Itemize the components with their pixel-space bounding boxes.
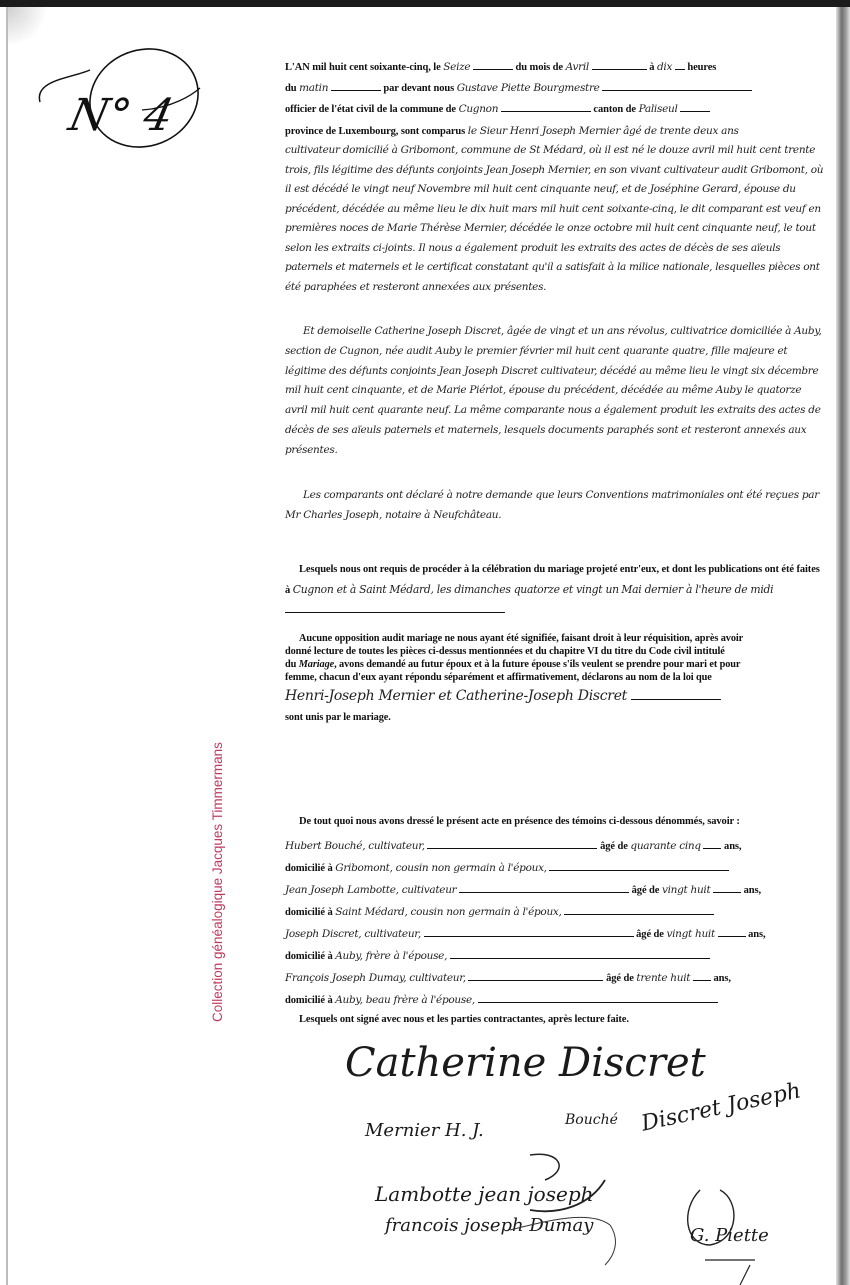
printed-text: du mois de bbox=[516, 62, 563, 73]
printed-text: domicilié à bbox=[285, 907, 333, 918]
witness-domicile-row: domicilié à Saint Médard, cousin non ger… bbox=[285, 905, 714, 920]
handwritten-hour: dix bbox=[657, 61, 672, 73]
witness-domicile: Gribomont, cousin non germain à l'époux, bbox=[335, 862, 547, 874]
handwritten-publication-date: Mai dernier à l'heure de midi bbox=[621, 583, 773, 596]
printed-text: par devant nous bbox=[383, 83, 454, 94]
printed-text: Mariage bbox=[299, 659, 334, 670]
handwritten-time: matin bbox=[299, 82, 328, 94]
witness-domicile-row: domicilié à Gribomont, cousin non germai… bbox=[285, 861, 729, 876]
header-line-4: province de Luxembourg, sont comparus le… bbox=[285, 124, 739, 139]
handwritten-officer: Gustave Piette Bourgmestre bbox=[457, 82, 600, 94]
witness-row: François Joseph Dumay, cultivateur, âgé … bbox=[285, 971, 731, 986]
printed-text: ans, bbox=[724, 841, 741, 852]
declaration-block: Aucune opposition audit mariage ne nous … bbox=[285, 632, 825, 724]
printed-text: province de Luxembourg, sont comparus bbox=[285, 126, 465, 137]
handwritten-publication-places: Cugnon et à Saint Médard, les dimanches … bbox=[293, 583, 619, 596]
act-number: N° 4 bbox=[65, 90, 178, 141]
witness-name: François Joseph Dumay, cultivateur, bbox=[285, 972, 466, 984]
viewer-top-bar bbox=[0, 0, 850, 7]
printed-text: sont unis par le mariage. bbox=[285, 711, 825, 724]
printed-text: canton de bbox=[593, 104, 636, 115]
witness-age: vingt huit bbox=[666, 928, 714, 940]
printed-text: ans, bbox=[748, 929, 765, 940]
printed-text: âgé de bbox=[606, 973, 634, 984]
printed-text: âgé de bbox=[636, 929, 664, 940]
witness-domicile: Saint Médard, cousin non germain à l'épo… bbox=[335, 906, 561, 918]
handwritten-spouses-names: Henri-Joseph Mernier et Catherine-Joseph… bbox=[285, 688, 627, 704]
witness-name: Hubert Bouché, cultivateur, bbox=[285, 840, 425, 852]
witness-name: Jean Joseph Lambotte, cultivateur bbox=[285, 884, 456, 896]
witness-row: Hubert Bouché, cultivateur, âgé de quara… bbox=[285, 839, 741, 854]
printed-text: ans, bbox=[713, 973, 730, 984]
printed-text: domicilié à bbox=[285, 951, 333, 962]
header-line-2: du matin par devant nous Gustave Piette … bbox=[285, 81, 752, 96]
printed-text: du bbox=[285, 83, 296, 94]
printed-text: , avons demandé au futur époux et à la f… bbox=[334, 659, 740, 670]
handwritten-groom-intro: le Sieur Henri Joseph Mernier âgé de tre… bbox=[468, 125, 739, 137]
bride-paragraph: Et demoiselle Catherine Joseph Discret, … bbox=[285, 322, 825, 461]
witness-name: Joseph Discret, cultivateur, bbox=[285, 928, 421, 940]
handwritten-commune: Cugnon bbox=[459, 103, 499, 115]
page-binding-edge bbox=[836, 7, 850, 1285]
signature-flourishes-icon bbox=[300, 1030, 820, 1285]
witness-age: vingt huit bbox=[662, 884, 710, 896]
printed-text: Aucune opposition audit mariage ne nous … bbox=[285, 632, 825, 645]
page-left-edge bbox=[6, 7, 8, 1285]
printed-text: âgé de bbox=[600, 841, 628, 852]
witnesses-intro: De tout quoi nous avons dressé le présen… bbox=[285, 815, 740, 829]
printed-text: à bbox=[649, 62, 654, 73]
contract-paragraph: Les comparants ont déclaré à notre deman… bbox=[285, 486, 825, 525]
publications-block: Lesquels nous ont requis de procéder à l… bbox=[285, 560, 825, 621]
handwritten-canton: Paliseul bbox=[639, 103, 678, 115]
groom-paragraph: cultivateur domicilié à Gribomont, commu… bbox=[285, 141, 825, 297]
printed-text: domicilié à bbox=[285, 995, 333, 1006]
handwritten-day: Seize bbox=[443, 61, 470, 73]
printed-text: officier de l'état civil de la commune d… bbox=[285, 104, 456, 115]
witness-row: Jean Joseph Lambotte, cultivateur âgé de… bbox=[285, 883, 761, 898]
witness-domicile-row: domicilié à Auby, beau frère à l'épouse, bbox=[285, 993, 718, 1008]
witness-row: Joseph Discret, cultivateur, âgé de ving… bbox=[285, 927, 766, 942]
printed-text: femme, chacun d'eux ayant répondu séparé… bbox=[285, 671, 825, 684]
act-number-stamp: N° 4 bbox=[32, 40, 202, 155]
printed-text: heures bbox=[687, 62, 716, 73]
witness-domicile-row: domicilié à Auby, frère à l'épouse, bbox=[285, 949, 710, 964]
handwritten-month: Avril bbox=[566, 61, 589, 73]
printed-text: du bbox=[285, 659, 296, 670]
printed-text: âgé de bbox=[632, 885, 660, 896]
witness-domicile: Auby, frère à l'épouse, bbox=[335, 950, 447, 962]
printed-text: L'AN mil huit cent soixante-cinq, le bbox=[285, 62, 441, 73]
closing-text: Lesquels ont signé avec nous et les part… bbox=[285, 1013, 629, 1027]
witness-domicile: Auby, beau frère à l'épouse, bbox=[335, 994, 475, 1006]
printed-text: domicilié à bbox=[285, 863, 333, 874]
header-line-1: L'AN mil huit cent soixante-cinq, le Sei… bbox=[285, 60, 716, 75]
header-line-3: officier de l'état civil de la commune d… bbox=[285, 102, 710, 117]
witness-age: trente huit bbox=[636, 972, 690, 984]
watermark-text: Collection généalogique Jacques Timmerma… bbox=[210, 742, 225, 1022]
printed-text: donné lecture de toutes les pièces ci-de… bbox=[285, 645, 825, 658]
witness-age: quarante cinq bbox=[630, 840, 700, 852]
printed-text: ans, bbox=[744, 885, 761, 896]
